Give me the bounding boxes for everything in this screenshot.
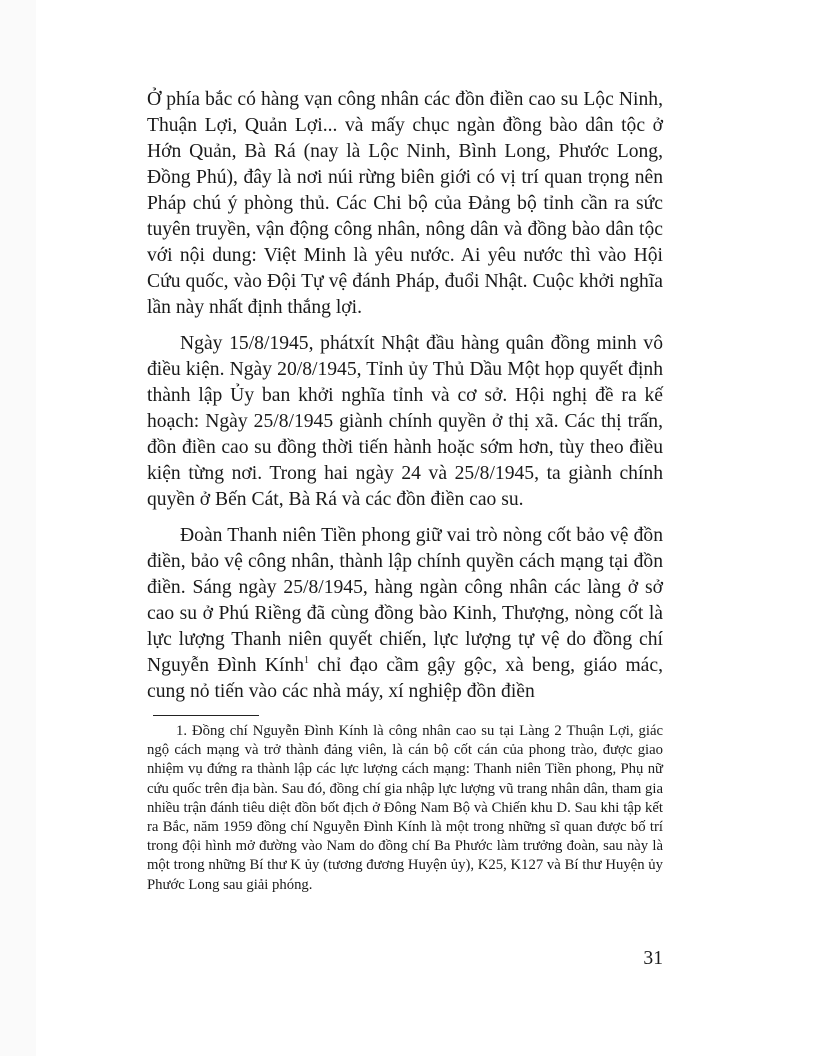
page-number: 31	[620, 948, 663, 970]
footnote-1: 1. Đồng chí Nguyễn Đình Kính là công nhâ…	[147, 722, 663, 895]
footnotes: 1. Đồng chí Nguyễn Đình Kính là công nhâ…	[147, 722, 663, 895]
footnote-separator	[153, 715, 259, 716]
paragraph-1: Ở phía bắc có hàng vạn công nhân các đồn…	[147, 87, 663, 321]
paragraph-3-text-before-ref: Đoàn Thanh niên Tiền phong giữ vai trò n…	[147, 525, 663, 676]
paragraph-3: Đoàn Thanh niên Tiền phong giữ vai trò n…	[147, 523, 663, 705]
main-text: Ở phía bắc có hàng vạn công nhân các đồn…	[147, 87, 663, 715]
paragraph-2: Ngày 15/8/1945, phátxít Nhật đầu hàng qu…	[147, 331, 663, 513]
